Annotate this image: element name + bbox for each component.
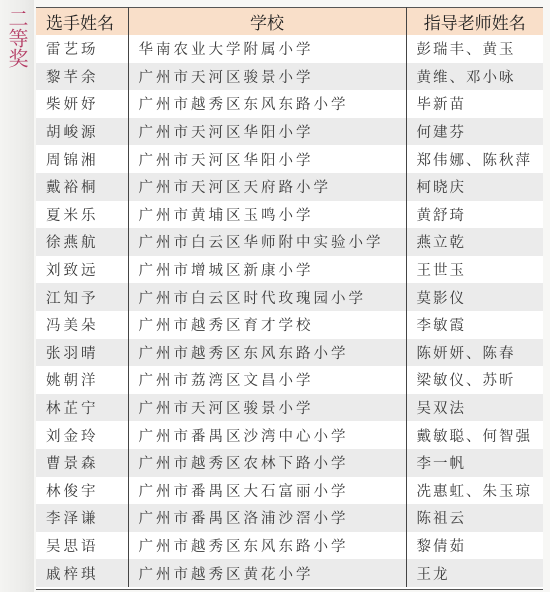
teacher-name-cell: 何建芬 <box>406 118 543 146</box>
table-row: 黎芊余广州市天河区骏景小学黄维、邓小咏 <box>36 63 543 91</box>
school-cell: 广州市番禺区沙湾中心小学 <box>128 421 406 449</box>
table-row: 徐燕航广州市白云区华师附中实验小学燕立乾 <box>36 228 543 256</box>
school-cell: 广州市越秀区育才学校 <box>128 311 406 339</box>
school-cell: 广州市越秀区农林下路小学 <box>128 449 406 477</box>
school-cell: 广州市天河区华阳小学 <box>128 145 406 173</box>
column-header-school: 学校 <box>128 8 406 36</box>
table-row: 李泽谦广州市番禺区洛浦沙滘小学陈祖云 <box>36 504 543 532</box>
winners-table: 选手姓名 学校 指导老师姓名 雷艺玚华南农业大学附属小学彭瑞丰、黄玉黎芊余广州市… <box>36 7 543 587</box>
teacher-name-cell: 黄维、邓小咏 <box>406 63 543 91</box>
teacher-name-cell: 冼惠虹、朱玉琼 <box>406 477 543 505</box>
table-row: 周锦湘广州市天河区华阳小学郑伟娜、陈秋萍 <box>36 145 543 173</box>
student-name-cell: 柴妍妤 <box>36 90 128 118</box>
student-name-cell: 刘金玲 <box>36 421 128 449</box>
teacher-name-cell: 陈祖云 <box>406 504 543 532</box>
column-header-teacher-name: 指导老师姓名 <box>406 8 543 36</box>
student-name-cell: 姚朝洋 <box>36 366 128 394</box>
school-cell: 华南农业大学附属小学 <box>128 35 406 63</box>
student-name-cell: 江知予 <box>36 283 128 311</box>
school-cell: 广州市番禺区洛浦沙滘小学 <box>128 504 406 532</box>
table-row: 冯美朵广州市越秀区育才学校李敏霞 <box>36 311 543 339</box>
table-row: 夏米乐广州市黄埔区玉鸣小学黄舒琦 <box>36 201 543 229</box>
table-row: 林俊宇广州市番禺区大石富丽小学冼惠虹、朱玉琼 <box>36 477 543 505</box>
teacher-name-cell: 郑伟娜、陈秋萍 <box>406 145 543 173</box>
teacher-name-cell: 黄舒琦 <box>406 201 543 229</box>
teacher-name-cell: 梁敏仪、苏昕 <box>406 366 543 394</box>
school-cell: 广州市越秀区黄花小学 <box>128 559 406 587</box>
school-cell: 广州市白云区时代玫瑰园小学 <box>128 283 406 311</box>
school-cell: 广州市天河区天府路小学 <box>128 173 406 201</box>
school-cell: 广州市番禺区大石富丽小学 <box>128 477 406 505</box>
school-cell: 广州市越秀区东风东路小学 <box>128 339 406 367</box>
column-header-student-name: 选手姓名 <box>36 8 128 36</box>
school-cell: 广州市白云区华师附中实验小学 <box>128 228 406 256</box>
table-row: 刘金玲广州市番禺区沙湾中心小学戴敏聪、何智强 <box>36 421 543 449</box>
award-level-label: 二等奖 <box>6 8 28 68</box>
table-row: 江知予广州市白云区时代玫瑰园小学莫影仪 <box>36 283 543 311</box>
school-cell: 广州市天河区骏景小学 <box>128 394 406 422</box>
teacher-name-cell: 王世玉 <box>406 256 543 284</box>
table-bottom-rule <box>36 589 543 590</box>
school-cell: 广州市天河区骏景小学 <box>128 63 406 91</box>
student-name-cell: 刘致远 <box>36 256 128 284</box>
teacher-name-cell: 李一帆 <box>406 449 543 477</box>
table-row: 刘致远广州市增城区新康小学王世玉 <box>36 256 543 284</box>
student-name-cell: 胡峻源 <box>36 118 128 146</box>
student-name-cell: 徐燕航 <box>36 228 128 256</box>
teacher-name-cell: 燕立乾 <box>406 228 543 256</box>
student-name-cell: 李泽谦 <box>36 504 128 532</box>
student-name-cell: 戴裕桐 <box>36 173 128 201</box>
table-row: 林芷宁广州市天河区骏景小学吴双法 <box>36 394 543 422</box>
table-row: 柴妍妤广州市越秀区东风东路小学毕新苗 <box>36 90 543 118</box>
table-row: 张羽晴广州市越秀区东风东路小学陈妍妍、陈春 <box>36 339 543 367</box>
teacher-name-cell: 吴双法 <box>406 394 543 422</box>
teacher-name-cell: 莫影仪 <box>406 283 543 311</box>
teacher-name-cell: 柯晓庆 <box>406 173 543 201</box>
table-row: 曹景森广州市越秀区农林下路小学李一帆 <box>36 449 543 477</box>
student-name-cell: 冯美朵 <box>36 311 128 339</box>
school-cell: 广州市越秀区东风东路小学 <box>128 90 406 118</box>
award-side-strip: 二等奖 <box>0 0 34 592</box>
school-cell: 广州市增城区新康小学 <box>128 256 406 284</box>
school-cell: 广州市荔湾区文昌小学 <box>128 366 406 394</box>
table-row: 吴思语广州市越秀区东风东路小学黎倩茹 <box>36 532 543 560</box>
table-header-row: 选手姓名 学校 指导老师姓名 <box>36 8 543 36</box>
table-row: 胡峻源广州市天河区华阳小学何建芬 <box>36 118 543 146</box>
school-cell: 广州市越秀区东风东路小学 <box>128 532 406 560</box>
student-name-cell: 戚梓琪 <box>36 559 128 587</box>
teacher-name-cell: 彭瑞丰、黄玉 <box>406 35 543 63</box>
student-name-cell: 林俊宇 <box>36 477 128 505</box>
teacher-name-cell: 陈妍妍、陈春 <box>406 339 543 367</box>
school-cell: 广州市天河区华阳小学 <box>128 118 406 146</box>
student-name-cell: 吴思语 <box>36 532 128 560</box>
teacher-name-cell: 李敏霞 <box>406 311 543 339</box>
award-table: 选手姓名 学校 指导老师姓名 雷艺玚华南农业大学附属小学彭瑞丰、黄玉黎芊余广州市… <box>36 7 543 590</box>
school-cell: 广州市黄埔区玉鸣小学 <box>128 201 406 229</box>
student-name-cell: 张羽晴 <box>36 339 128 367</box>
student-name-cell: 夏米乐 <box>36 201 128 229</box>
table-row: 戚梓琪广州市越秀区黄花小学王龙 <box>36 559 543 587</box>
table-row: 雷艺玚华南农业大学附属小学彭瑞丰、黄玉 <box>36 35 543 63</box>
teacher-name-cell: 王龙 <box>406 559 543 587</box>
teacher-name-cell: 黎倩茹 <box>406 532 543 560</box>
teacher-name-cell: 毕新苗 <box>406 90 543 118</box>
table-row: 姚朝洋广州市荔湾区文昌小学梁敏仪、苏昕 <box>36 366 543 394</box>
table-row: 戴裕桐广州市天河区天府路小学柯晓庆 <box>36 173 543 201</box>
student-name-cell: 黎芊余 <box>36 63 128 91</box>
student-name-cell: 曹景森 <box>36 449 128 477</box>
teacher-name-cell: 戴敏聪、何智强 <box>406 421 543 449</box>
student-name-cell: 林芷宁 <box>36 394 128 422</box>
student-name-cell: 雷艺玚 <box>36 35 128 63</box>
student-name-cell: 周锦湘 <box>36 145 128 173</box>
